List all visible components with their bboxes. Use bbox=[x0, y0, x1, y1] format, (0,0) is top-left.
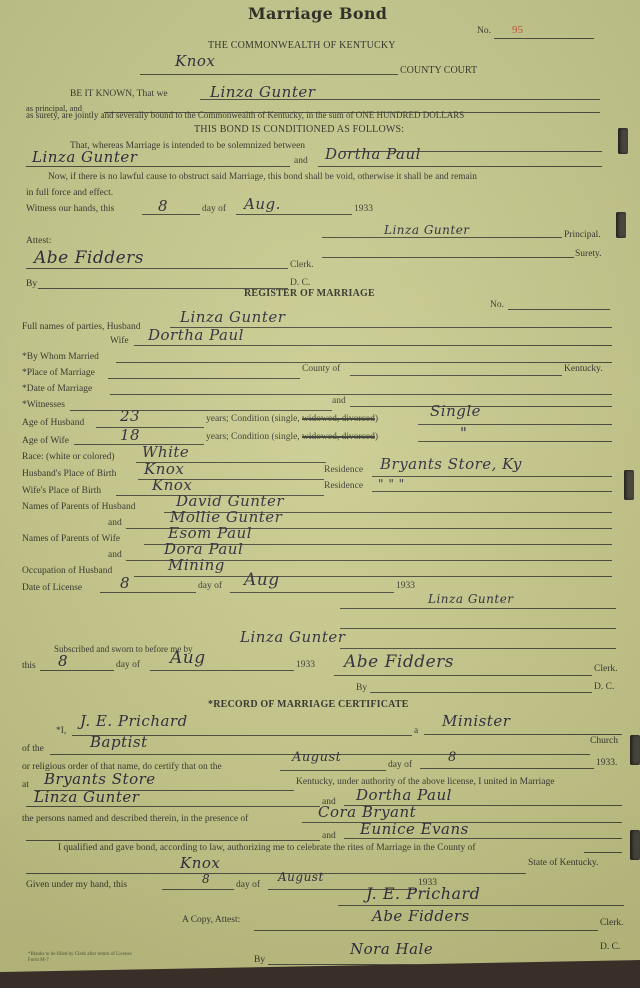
husband-name: Linza Gunter bbox=[180, 308, 285, 326]
kentucky-label: Kentucky. bbox=[564, 364, 603, 374]
wife-residence: " " " bbox=[378, 477, 405, 491]
footer-form: Form M-7 bbox=[28, 958, 49, 963]
given-day-of: day of bbox=[236, 880, 260, 890]
parents-husband-and: and bbox=[108, 518, 122, 528]
parents-wife-label: Names of Parents of Wife bbox=[22, 534, 120, 544]
cert-witness-and: and bbox=[322, 831, 336, 841]
binder-tab bbox=[630, 735, 640, 765]
bond-number-label: No. bbox=[477, 26, 491, 36]
age-wife-label: Age of Wife bbox=[22, 436, 69, 446]
age-husband-label: Age of Husband bbox=[22, 418, 84, 428]
cert-bride: Dortha Paul bbox=[356, 786, 452, 804]
qualified-text: I qualified and gave bond, according to … bbox=[58, 843, 476, 853]
sworn-this-label: this bbox=[22, 661, 36, 671]
bond-number: 95 bbox=[512, 24, 523, 36]
occupation-value: Mining bbox=[168, 556, 225, 574]
cert-day-of: day of bbox=[388, 760, 412, 770]
parents-husband-label: Names of Parents of Husband bbox=[22, 502, 135, 512]
clerk-signature: Abe Fidders bbox=[34, 248, 144, 268]
date-of-marriage-label: *Date of Marriage bbox=[22, 384, 92, 394]
bond-party-2: Dortha Paul bbox=[325, 145, 421, 163]
principal-label: Principal. bbox=[564, 230, 601, 240]
race-label: Race: (white or colored) bbox=[22, 452, 115, 462]
officiant-signature: J. E. Prichard bbox=[366, 884, 480, 903]
sworn-dc-label: D. C. bbox=[594, 682, 614, 692]
principal-signature: Linza Gunter bbox=[384, 223, 470, 237]
witnesses-and-label: and bbox=[332, 396, 346, 406]
license-month: Aug bbox=[244, 570, 280, 590]
full-force-text: in full force and effect. bbox=[26, 188, 113, 198]
copy-clerk-label: Clerk. bbox=[600, 918, 623, 928]
now-if-text: Now, if there is no lawful cause to obst… bbox=[48, 172, 477, 182]
witness-year: 1933 bbox=[354, 204, 373, 214]
witness-month: Aug. bbox=[244, 195, 281, 213]
certificate-heading: *RECORD OF MARRIAGE CERTIFICATE bbox=[208, 699, 409, 710]
county-of-label: County of bbox=[302, 364, 340, 374]
age-husband: 23 bbox=[120, 407, 140, 425]
register-heading: REGISTER OF MARRIAGE bbox=[244, 288, 375, 299]
copy-dc-label: D. C. bbox=[600, 942, 620, 952]
officiant-name: J. E. Prichard bbox=[80, 712, 188, 730]
condition-wife: " bbox=[460, 424, 467, 442]
register-no-label: No. bbox=[490, 300, 504, 310]
day-of-label: day of bbox=[202, 204, 226, 214]
attest-label: Attest: bbox=[26, 236, 51, 246]
church-label: Church bbox=[590, 736, 618, 746]
of-the-label: of the bbox=[22, 744, 44, 754]
sworn-clerk-label: Clerk. bbox=[594, 664, 617, 674]
witness-label: Witness our hands, this bbox=[26, 204, 114, 214]
surety-label: Surety. bbox=[575, 249, 602, 259]
county-court-label: COUNTY COURT bbox=[400, 65, 477, 76]
given-label: Given under my hand, this bbox=[26, 880, 127, 890]
parents-wife-and: and bbox=[108, 550, 122, 560]
marriage-bond-document: Marriage Bond No. 95 THE COMMONWEALTH OF… bbox=[0, 0, 640, 972]
sworn-clerk-signature: Abe Fidders bbox=[344, 652, 454, 672]
wife-birth-label: Wife's Place of Birth bbox=[22, 486, 101, 496]
deputy-signature: Nora Hale bbox=[350, 940, 433, 958]
document-title: Marriage Bond bbox=[248, 4, 387, 23]
church-name: Baptist bbox=[90, 733, 148, 751]
and-label: and bbox=[294, 156, 308, 166]
license-day: 8 bbox=[120, 574, 130, 592]
by-whom-label: *By Whom Married bbox=[22, 352, 99, 362]
at-label: at bbox=[22, 780, 29, 790]
bond-party-1: Linza Gunter bbox=[32, 148, 137, 166]
occupation-label: Occupation of Husband bbox=[22, 566, 112, 576]
cert-day-field: August bbox=[292, 750, 341, 765]
wife-name: Dortha Paul bbox=[148, 326, 244, 344]
applicant-signature: Linza Gunter bbox=[428, 592, 514, 606]
by-label: By bbox=[26, 279, 37, 289]
copy-attest-label: A Copy, Attest: bbox=[182, 915, 240, 925]
principal-name: Linza Gunter bbox=[210, 83, 315, 101]
sworn-year: 1933 bbox=[296, 660, 315, 670]
county-value: Knox bbox=[175, 52, 215, 70]
race-value: White bbox=[142, 443, 189, 461]
condition-label-husband: years; Condition (single, widowed, divor… bbox=[206, 414, 378, 424]
license-day-of-label: day of bbox=[198, 581, 222, 591]
witnesses-label: *Witnesses bbox=[22, 400, 65, 410]
sworn-day-of: day of bbox=[116, 660, 140, 670]
cert-witness-2: Eunice Evans bbox=[360, 820, 469, 838]
husband-birth-label: Husband's Place of Birth bbox=[22, 469, 116, 479]
husband-residence: Bryants Store, Ky bbox=[380, 455, 522, 473]
husband-residence-label: Residence bbox=[324, 465, 363, 475]
persons-named-text: the persons named and described therein,… bbox=[22, 814, 248, 824]
sworn-name: Linza Gunter bbox=[240, 628, 345, 646]
sworn-day: 8 bbox=[58, 652, 68, 670]
clerk-label: Clerk. bbox=[290, 260, 313, 270]
copy-by-label: By bbox=[254, 955, 265, 965]
cert-county: Knox bbox=[180, 854, 220, 872]
wife-label: Wife bbox=[110, 336, 129, 346]
given-month: August bbox=[278, 870, 324, 884]
husband-label: Full names of parties, Husband bbox=[22, 322, 140, 332]
cert-year: 1933. bbox=[596, 758, 617, 768]
binder-tab bbox=[624, 470, 634, 500]
license-year: 1933 bbox=[396, 581, 415, 591]
wife-residence-label: Residence bbox=[324, 481, 363, 491]
license-date-label: Date of License bbox=[22, 583, 82, 593]
dc-label: D. C. bbox=[290, 278, 310, 288]
cert-i-label: *I, bbox=[56, 726, 66, 736]
cert-month-field: 8 bbox=[448, 750, 457, 765]
state-of-kentucky-label: State of Kentucky. bbox=[528, 858, 598, 868]
officiant-title: Minister bbox=[442, 712, 510, 730]
condition-husband: Single bbox=[430, 402, 481, 420]
conditioned-heading: THIS BOND IS CONDITIONED AS FOLLOWS: bbox=[194, 124, 404, 135]
given-day: 8 bbox=[202, 872, 210, 886]
copy-clerk-signature: Abe Fidders bbox=[372, 907, 470, 925]
as-surety-text: as surety, are jointly and severally bou… bbox=[26, 110, 464, 120]
cert-a-label: a bbox=[414, 726, 418, 736]
sworn-by-label: By bbox=[356, 683, 367, 693]
condition-label-wife: years; Condition (single, widowed, divor… bbox=[206, 432, 378, 442]
witness-day: 8 bbox=[158, 197, 168, 215]
binder-tab bbox=[630, 830, 640, 860]
age-wife: 18 bbox=[120, 426, 140, 444]
be-it-known-label: BE IT KNOWN, That we bbox=[70, 89, 168, 99]
binder-tab bbox=[618, 128, 628, 154]
binder-tab bbox=[616, 212, 626, 238]
marriage-place: Bryants Store bbox=[44, 770, 156, 788]
cert-groom: Linza Gunter bbox=[34, 788, 139, 806]
place-label: *Place of Marriage bbox=[22, 368, 95, 378]
footer-note: *Blanks to be filled by Clerk after retu… bbox=[28, 952, 132, 957]
commonwealth-heading: THE COMMONWEALTH OF KENTUCKY bbox=[208, 40, 396, 51]
cert-witness-1: Cora Bryant bbox=[318, 803, 416, 821]
sworn-month: Aug bbox=[170, 648, 206, 668]
